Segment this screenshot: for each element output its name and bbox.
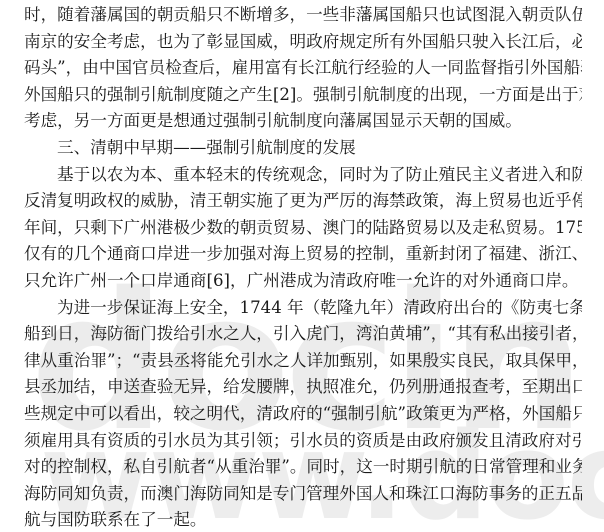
text-line: 县丞加结，申送查验无异，给发腰牌，执照准允，仍列册通报查考，至期出口等候”。从这 [24, 374, 582, 401]
text-line: 时，随着藩属国的朝贡船只不断增多，一些非藩属国船只也试图混入朝贡队伍，出于对首都 [24, 2, 582, 29]
section-heading-text: 三、清朝中早期——强制引航制度的发展 [24, 135, 582, 162]
text-line: 些规定中可以看出，较之明代，清政府的“强制引航”政策更为严格，外国船只进出港口必 [24, 401, 582, 428]
text-line: 码头”，由中国官员检查后，雇用富有长江航行经验的人一同监督指引外国船驶向南京，对 [24, 55, 582, 82]
paragraph-ming-pilotage: 时，随着藩属国的朝贡船只不断增多，一些非藩属国船只也试图混入朝贡队伍，出于对首都… [24, 2, 582, 135]
text-line: 海防同知负责，而澳门海防同知是专门管理外国人和珠江口海防事务的正五品官署，强制引 [24, 481, 582, 508]
text-line: 只允许广州一个口岸通商[6]，广州港成为清政府唯一允许的对外通商口岸。 [24, 268, 582, 295]
paragraph-qing-sea-ban: 基于以农为本、重本轻末的传统观念，同时为了防止殖民主义者进入和防止台湾郑成功 反… [24, 162, 582, 295]
text-line: 年间，只剩下广州港极少数的朝贡贸易、澳门的陆路贸易以及走私贸易。1757 年清政… [24, 215, 582, 242]
text-line: 仅有的几个通商口岸进一步加强对海上贸易的控制，重新封闭了福建、浙江、江苏三个口岸… [24, 241, 582, 268]
text-line: 基于以农为本、重本轻末的传统观念，同时为了防止殖民主义者进入和防止台湾郑成功 [24, 162, 582, 189]
text-line: 外国船只的强制引航制度随之产生[2]。强制引航制度的出现，一方面是出于对国家安全… [24, 82, 582, 109]
text-line: 对的控制权，私自引航者“从重治罪”。同时，这一时期引航的日常管理和业务，是由澳门 [24, 454, 582, 481]
text-line: 考虑，另一方面更是想通过强制引航制度向藩属国显示天朝的国威。 [24, 108, 582, 135]
text-line: 为进一步保证海上安全，1744 年（乾隆九年）清政府出台的《防夷七条》中规定：“… [24, 295, 582, 322]
text-line: 航与国防联系在了一起。 [24, 507, 582, 532]
text-line: 船到日，海防衙门拨给引水之人，引入虎门，湾泊黄埔”，“其有私出接引者，照私渡关津 [24, 321, 582, 348]
text-line: 反清复明政权的威胁，清王朝实施了更为严厉的海禁政策，海上贸易也近乎停顿。清初四十 [24, 188, 582, 215]
text-line: 南京的安全考虑，也为了彰显国威，明政府规定所有外国船只驶入长江后，必须停在“六国 [24, 29, 582, 56]
text-line: 须雇用具有资质的引水员为其引领；引水员的资质是由政府颁发且清政府对引航业务具有绝 [24, 428, 582, 455]
section-heading: 三、清朝中早期——强制引航制度的发展 [24, 135, 582, 162]
document-page: 时，随着藩属国的朝贡船只不断增多，一些非藩属国船只也试图混入朝贡队伍，出于对首都… [24, 2, 582, 532]
paragraph-qing-regulations: 为进一步保证海上安全，1744 年（乾隆九年）清政府出台的《防夷七条》中规定：“… [24, 295, 582, 532]
text-line: 律从重治罪”；“责县丞将能允引水之人详加甄别，如果殷实良民，取具保甲，亲邻结状， [24, 348, 582, 375]
